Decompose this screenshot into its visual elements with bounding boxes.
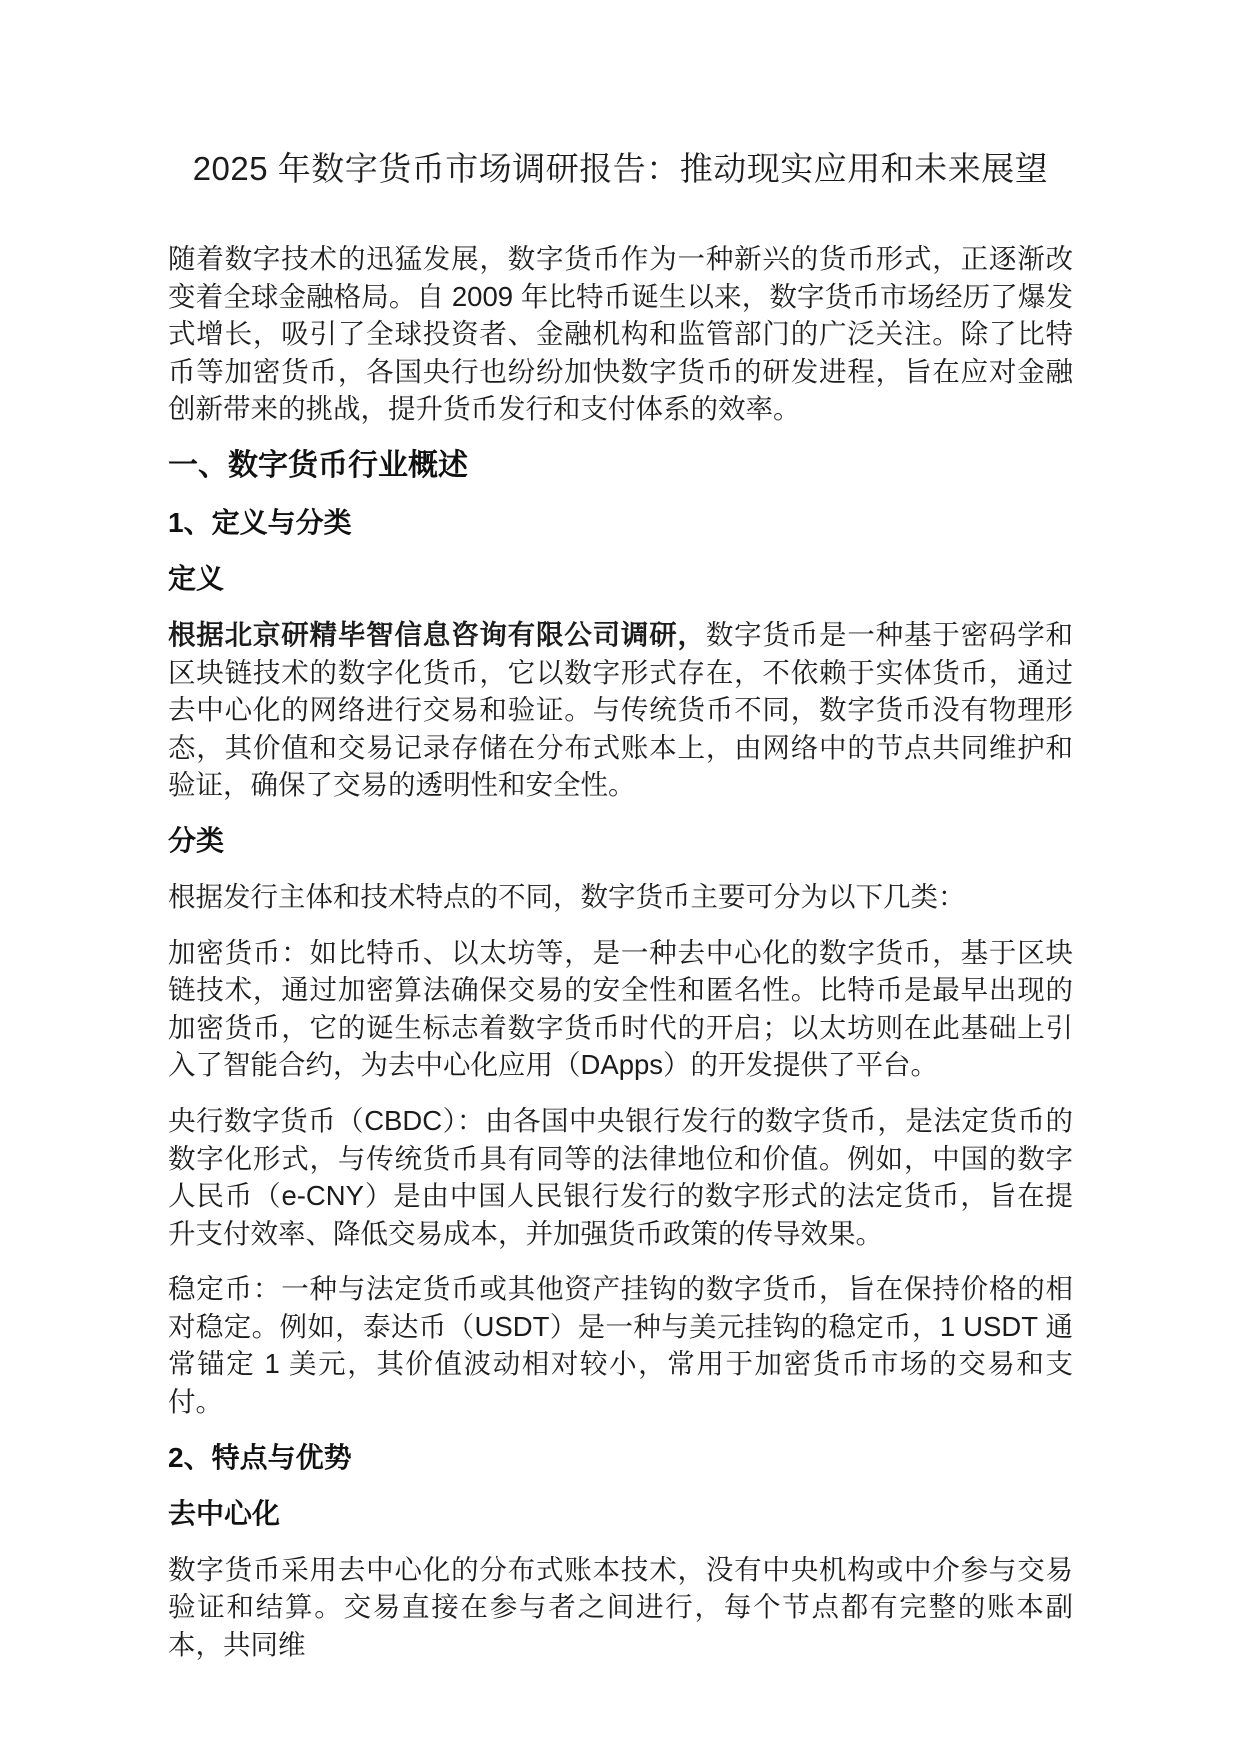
category-crypto-paragraph: 加密货币：如比特币、以太坊等，是一种去中心化的数字货币，基于区块链技术，通过加密… [168, 934, 1073, 1084]
research-firm-bold-lead: 根据北京研精毕智信息咨询有限公司调研， [168, 619, 706, 650]
definition-paragraph: 根据北京研精毕智信息咨询有限公司调研，数字货币是一种基于密码学和区块链技术的数字… [168, 616, 1073, 804]
heading-features-and-advantages: 2、特点与优势 [168, 1439, 1073, 1477]
heading-industry-overview: 一、数字货币行业概述 [168, 446, 1073, 486]
heading-definition: 定义 [168, 560, 1073, 598]
heading-classification: 分类 [168, 822, 1073, 860]
classification-intro-paragraph: 根据发行主体和技术特点的不同，数字货币主要可分为以下几类： [168, 878, 1073, 916]
category-cbdc-paragraph: 央行数字货币（CBDC）：由各国中央银行发行的数字货币，是法定货币的数字化形式，… [168, 1102, 1073, 1252]
heading-definition-and-classification: 1、定义与分类 [168, 504, 1073, 542]
category-stablecoin-paragraph: 稳定币：一种与法定货币或其他资产挂钩的数字货币，旨在保持价格的相对稳定。例如，泰… [168, 1270, 1073, 1420]
decentralization-paragraph: 数字货币采用去中心化的分布式账本技术，没有中央机构或中介参与交易验证和结算。交易… [168, 1551, 1073, 1664]
intro-paragraph: 随着数字技术的迅猛发展，数字货币作为一种新兴的货币形式，正逐渐改变着全球金融格局… [168, 240, 1073, 428]
document-page: 2025 年数字货币市场调研报告：推动现实应用和未来展望 随着数字技术的迅猛发展… [0, 0, 1240, 1753]
heading-decentralization: 去中心化 [168, 1495, 1073, 1533]
document-title: 2025 年数字货币市场调研报告：推动现实应用和未来展望 [168, 146, 1073, 192]
